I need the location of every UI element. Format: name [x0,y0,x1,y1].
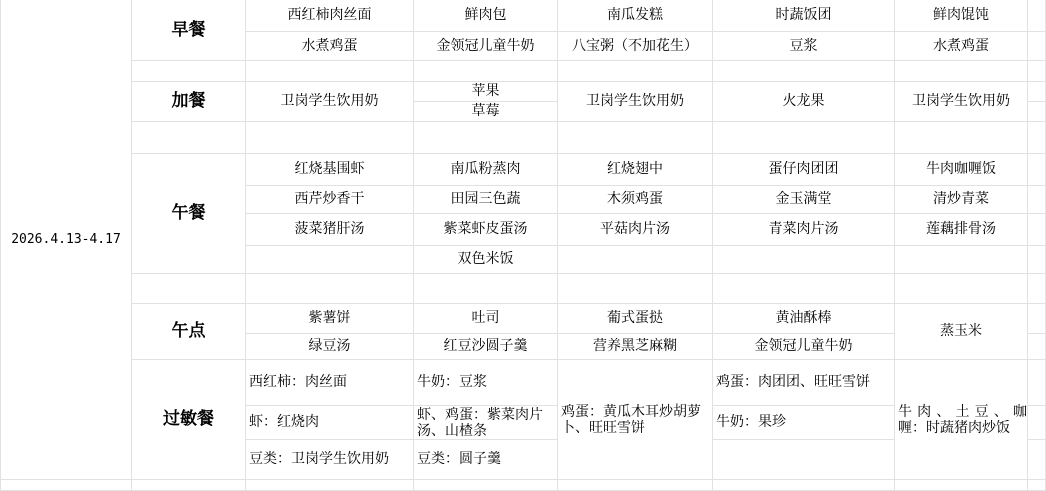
empty-cell[interactable] [895,122,1028,154]
meal-label-text: 早餐 [172,22,206,39]
lunch-tue-2[interactable]: 田园三色蔬 [414,186,558,214]
empty-cell[interactable] [1028,480,1046,491]
lunch-mon-4[interactable] [246,246,414,274]
lunch-fri-4[interactable] [895,246,1028,274]
allergy-text: 牛 肉 、 土 豆 、 咖喱：时蔬猪肉炒饭 [898,404,1027,436]
allergy-thu-3[interactable] [713,440,895,480]
dish-text: 木须鸡蛋 [607,191,663,208]
empty-cell[interactable] [558,480,713,491]
empty-cell[interactable] [1028,440,1046,480]
dish-text: 莲藕排骨汤 [926,221,996,238]
snack-am-thu[interactable]: 火龙果 [713,82,895,122]
empty-cell[interactable] [1028,102,1046,122]
allergy-mon-1[interactable]: 西红柿：肉丝面 [246,360,414,406]
snack-pm-thu-2[interactable]: 金领冠儿童牛奶 [713,334,895,360]
dish-text: 双色米饭 [458,251,514,268]
dish-text: 卫岗学生饮用奶 [281,93,379,110]
empty-cell[interactable] [1028,32,1046,61]
date-range-cell[interactable]: 2026.4.13-4.17 [1,0,132,480]
dish-text: 西红柿肉丝面 [288,7,372,24]
dish-text: 菠菜猪肝汤 [295,221,365,238]
snack-pm-wed-2[interactable]: 营养黑芝麻糊 [558,334,713,360]
empty-cell[interactable] [1028,0,1046,32]
dish-text: 红烧翅中 [607,161,663,178]
dish-text: 水煮鸡蛋 [302,38,358,55]
allergy-text: 豆类：圆子羹 [417,451,501,468]
lunch-mon-1[interactable]: 红烧基围虾 [246,154,414,186]
dish-text: 苹果 [472,83,500,100]
dish-text: 田园三色蔬 [451,191,521,208]
dish-text: 金领冠儿童牛奶 [755,338,853,355]
lunch-thu-2[interactable]: 金玉满堂 [713,186,895,214]
snack-pm-mon-1[interactable]: 紫薯饼 [246,304,414,334]
dish-text: 火龙果 [783,93,825,110]
lunch-fri-2[interactable]: 清炒青菜 [895,186,1028,214]
menu-spreadsheet: 2026.4.13-4.17 早餐 西红柿肉丝面 鲜肉包 南瓜发糕 时蔬饭团 鲜… [0,0,1046,491]
snack-pm-thu-1[interactable]: 黄油酥棒 [713,304,895,334]
dish-text: 黄油酥棒 [776,310,832,327]
empty-cell[interactable] [895,480,1028,491]
snack-pm-mon-2[interactable]: 绿豆汤 [246,334,414,360]
dish-text: 葡式蛋挞 [607,310,663,327]
empty-cell[interactable] [1028,82,1046,102]
meal-label-breakfast[interactable]: 早餐 [132,0,246,61]
allergy-fri[interactable]: 牛 肉 、 土 豆 、 咖喱：时蔬猪肉炒饭 [895,360,1028,480]
empty-cell[interactable] [895,61,1028,82]
allergy-mon-3[interactable]: 豆类：卫岗学生饮用奶 [246,440,414,480]
empty-cell[interactable] [132,122,246,154]
dish-text: 豆浆 [790,38,818,55]
dish-text: 八宝粥（不加花生） [572,38,698,55]
allergy-text: 鸡蛋：黄瓜木耳炒胡萝卜、旺旺雪饼 [561,404,712,436]
empty-cell[interactable] [1028,122,1046,154]
breakfast-mon-2[interactable]: 水煮鸡蛋 [246,32,414,61]
allergy-text: 虾、鸡蛋：紫菜肉片汤、山楂条 [417,407,557,439]
lunch-wed-1[interactable]: 红烧翅中 [558,154,713,186]
empty-cell[interactable] [1028,360,1046,406]
empty-cell[interactable] [1028,246,1046,274]
allergy-tue-3[interactable]: 豆类：圆子羹 [414,440,558,480]
snack-am-fri[interactable]: 卫岗学生饮用奶 [895,82,1028,122]
empty-cell[interactable] [1028,186,1046,214]
dish-text: 草莓 [472,103,500,120]
empty-cell[interactable] [132,274,246,304]
lunch-fri-1[interactable]: 牛肉咖喱饭 [895,154,1028,186]
empty-cell[interactable] [895,274,1028,304]
allergy-mon-2[interactable]: 虾：红烧肉 [246,406,414,440]
meal-label-text: 加餐 [172,93,206,110]
lunch-tue-4[interactable]: 双色米饭 [414,246,558,274]
dish-text: 紫菜虾皮蛋汤 [444,221,528,238]
empty-cell[interactable] [1,480,132,491]
dish-text: 清炒青菜 [933,191,989,208]
breakfast-fri-1[interactable]: 鲜肉馄饨 [895,0,1028,32]
breakfast-thu-1[interactable]: 时蔬饭团 [713,0,895,32]
empty-cell[interactable] [713,480,895,491]
empty-cell[interactable] [713,274,895,304]
breakfast-mon-1[interactable]: 西红柿肉丝面 [246,0,414,32]
snack-am-mon[interactable]: 卫岗学生饮用奶 [246,82,414,122]
dish-text: 鲜肉包 [465,7,507,24]
dish-text: 卫岗学生饮用奶 [586,93,684,110]
dish-text: 蛋仔肉团团 [769,161,839,178]
meal-label-lunch[interactable]: 午餐 [132,154,246,274]
dish-text: 时蔬饭团 [776,7,832,24]
breakfast-tue-2[interactable]: 金领冠儿童牛奶 [414,32,558,61]
allergy-tue-1[interactable]: 牛奶：豆浆 [414,360,558,406]
empty-cell[interactable] [1028,304,1046,334]
empty-cell[interactable] [558,122,713,154]
empty-cell[interactable] [713,122,895,154]
dish-text: 绿豆汤 [309,338,351,355]
meal-label-snack-pm[interactable]: 午点 [132,304,246,360]
dish-text: 蒸玉米 [940,323,982,340]
empty-cell[interactable] [558,61,713,82]
empty-cell[interactable] [414,122,558,154]
snack-am-tue-1[interactable]: 苹果 [414,82,558,102]
allergy-thu-2[interactable]: 牛奶：果珍 [713,406,895,440]
allergy-text: 西红柿：肉丝面 [249,374,347,391]
dish-text: 卫岗学生饮用奶 [912,93,1010,110]
dish-text: 牛肉咖喱饭 [926,161,996,178]
empty-cell[interactable] [246,122,414,154]
allergy-text: 豆类：卫岗学生饮用奶 [249,451,389,468]
empty-cell[interactable] [246,61,414,82]
allergy-wed[interactable]: 鸡蛋：黄瓜木耳炒胡萝卜、旺旺雪饼 [558,360,713,480]
meal-label-text: 午餐 [172,205,206,222]
empty-cell[interactable] [1028,406,1046,440]
empty-cell[interactable] [1028,274,1046,304]
empty-cell[interactable] [414,274,558,304]
lunch-thu-1[interactable]: 蛋仔肉团团 [713,154,895,186]
dish-text: 西芹炒香干 [295,191,365,208]
lunch-tue-1[interactable]: 南瓜粉蒸肉 [414,154,558,186]
breakfast-wed-1[interactable]: 南瓜发糕 [558,0,713,32]
allergy-thu-1[interactable]: 鸡蛋：肉团团、旺旺雪饼 [713,360,895,406]
dish-text: 鲜肉馄饨 [933,7,989,24]
snack-pm-fri[interactable]: 蒸玉米 [895,304,1028,360]
lunch-wed-4[interactable] [558,246,713,274]
dish-text: 金领冠儿童牛奶 [437,38,535,55]
snack-pm-tue-1[interactable]: 吐司 [414,304,558,334]
breakfast-fri-2[interactable]: 水煮鸡蛋 [895,32,1028,61]
allergy-text: 牛奶：豆浆 [417,374,487,391]
empty-cell[interactable] [246,274,414,304]
lunch-mon-2[interactable]: 西芹炒香干 [246,186,414,214]
empty-cell[interactable] [713,61,895,82]
allergy-text: 鸡蛋：肉团团、旺旺雪饼 [716,374,870,391]
meal-label-allergy[interactable]: 过敏餐 [132,360,246,480]
allergy-text: 牛奶：果珍 [716,414,786,431]
lunch-wed-2[interactable]: 木须鸡蛋 [558,186,713,214]
snack-am-wed[interactable]: 卫岗学生饮用奶 [558,82,713,122]
empty-cell[interactable] [414,61,558,82]
empty-cell[interactable] [1028,334,1046,360]
dish-text: 平菇肉片汤 [600,221,670,238]
meal-label-text: 过敏餐 [163,411,214,428]
allergy-text: 虾：红烧肉 [249,414,319,431]
empty-cell[interactable] [558,274,713,304]
lunch-mon-3[interactable]: 菠菜猪肝汤 [246,214,414,246]
empty-cell[interactable] [1028,154,1046,186]
lunch-thu-4[interactable] [713,246,895,274]
dish-text: 红烧基围虾 [295,161,365,178]
allergy-tue-2[interactable]: 虾、鸡蛋：紫菜肉片汤、山楂条 [414,406,558,440]
dish-text: 紫薯饼 [309,310,351,327]
lunch-tue-3[interactable]: 紫菜虾皮蛋汤 [414,214,558,246]
breakfast-thu-2[interactable]: 豆浆 [713,32,895,61]
lunch-wed-3[interactable]: 平菇肉片汤 [558,214,713,246]
dish-text: 南瓜粉蒸肉 [451,161,521,178]
snack-am-tue-2[interactable]: 草莓 [414,102,558,122]
dish-text: 南瓜发糕 [607,7,663,24]
breakfast-tue-1[interactable]: 鲜肉包 [414,0,558,32]
empty-cell[interactable] [246,480,414,491]
empty-cell[interactable] [132,61,246,82]
date-range-text: 2026.4.13-4.17 [11,231,121,248]
dish-text: 水煮鸡蛋 [933,38,989,55]
meal-label-snack-am[interactable]: 加餐 [132,82,246,122]
meal-label-text: 午点 [172,323,206,340]
dish-text: 金玉满堂 [776,191,832,208]
snack-pm-tue-2[interactable]: 红豆沙圆子羹 [414,334,558,360]
empty-cell[interactable] [1028,61,1046,82]
lunch-thu-3[interactable]: 青菜肉片汤 [713,214,895,246]
empty-cell[interactable] [414,480,558,491]
empty-cell[interactable] [1028,214,1046,246]
snack-pm-wed-1[interactable]: 葡式蛋挞 [558,304,713,334]
dish-text: 青菜肉片汤 [769,221,839,238]
lunch-fri-3[interactable]: 莲藕排骨汤 [895,214,1028,246]
dish-text: 吐司 [472,310,500,327]
breakfast-wed-2[interactable]: 八宝粥（不加花生） [558,32,713,61]
dish-text: 营养黑芝麻糊 [593,338,677,355]
dish-text: 红豆沙圆子羹 [444,338,528,355]
empty-cell[interactable] [132,480,246,491]
